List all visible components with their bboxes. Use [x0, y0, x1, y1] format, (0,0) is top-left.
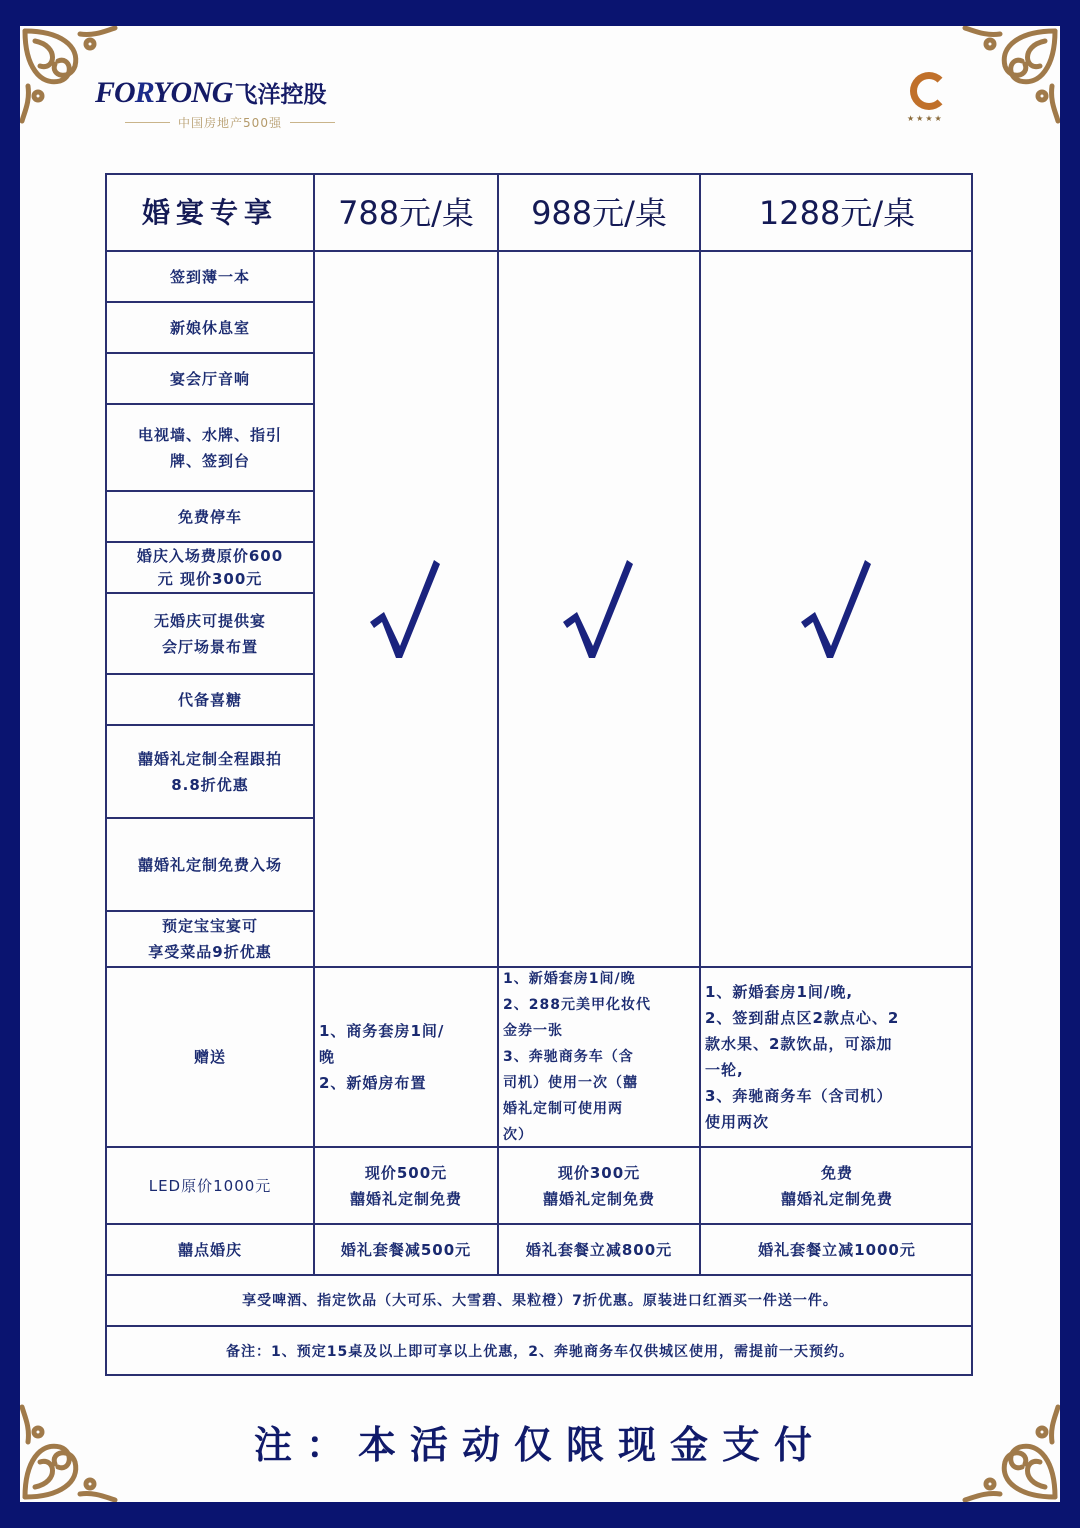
- feature-label-line2: 元 现价300元: [158, 568, 263, 591]
- led-note: 囍婚礼定制免费: [781, 1186, 893, 1212]
- feature-row: 婚庆入场费原价600元 现价300元: [107, 543, 315, 594]
- gift-line: 1、新婚套房1间/晚: [503, 966, 636, 992]
- gift-line: 1、新婚套房1间/晚,: [705, 979, 853, 1005]
- check-icon: [559, 554, 639, 664]
- drinks-note: 享受啤酒、指定饮品（大可乐、大雪碧、果粒橙）7折优惠。原装进口红酒买一件送一件。: [107, 1276, 973, 1327]
- header-price-988: 988元/桌: [499, 175, 701, 252]
- gift-line: 司机）使用一次（囍: [503, 1070, 638, 1096]
- feature-row: 电视墙、水牌、指引牌、签到台: [107, 405, 315, 492]
- feature-label: 电视墙、水牌、指引: [138, 422, 282, 448]
- feature-row: 免费停车: [107, 492, 315, 543]
- feature-label: 宴会厅音响: [170, 366, 250, 392]
- gifts-tier-988: 1、新婚套房1间/晚 2、288元美甲化妆代 金券一张 3、奔驰商务车（含 司机…: [499, 968, 701, 1148]
- wedding-planning-tier-788: 婚礼套餐减500元: [315, 1225, 499, 1276]
- wedding-planning-label: 囍点婚庆: [107, 1225, 315, 1276]
- tier-1288-included-cell: [701, 252, 973, 968]
- led-label: LED原价1000元: [107, 1148, 315, 1225]
- feature-label-line2: 8.8折优惠: [171, 772, 249, 798]
- gift-line: 2、签到甜点区2款点心、2: [705, 1005, 899, 1031]
- foryong-logo: FORYONG 飞洋控股 中国房地产500强: [95, 76, 365, 131]
- feature-row: 代备喜糖: [107, 675, 315, 726]
- hotel-ring-icon: [910, 72, 948, 110]
- led-price: 免费: [821, 1160, 853, 1186]
- check-icon: [797, 554, 877, 664]
- payment-note: 注：本活动仅限现金支付: [20, 1414, 1060, 1469]
- led-note: 囍婚礼定制免费: [350, 1186, 462, 1212]
- feature-row: 新娘休息室: [107, 303, 315, 354]
- header-price-1288: 1288元/桌: [701, 175, 973, 252]
- gift-line: 婚礼定制可使用两: [503, 1096, 623, 1122]
- gift-line: 一轮,: [705, 1057, 744, 1083]
- gift-line: 款水果、2款饮品，可添加: [705, 1031, 892, 1057]
- gift-line: 3、奔驰商务车（含: [503, 1044, 634, 1070]
- brand-en-part2: YONG: [153, 76, 232, 109]
- wedding-planning-tier-1288: 婚礼套餐立减1000元: [701, 1225, 973, 1276]
- feature-label: 无婚庆可提供宴: [154, 608, 266, 634]
- gifts-tier-788: 1、商务套房1间/ 晚 2、新婚房布置: [315, 968, 499, 1148]
- gift-line: 2、288元美甲化妆代: [503, 992, 651, 1018]
- feature-label: 签到薄一本: [170, 264, 250, 290]
- led-tier-788: 现价500元 囍婚礼定制免费: [315, 1148, 499, 1225]
- feature-row: 无婚庆可提供宴会厅场景布置: [107, 594, 315, 675]
- led-tier-1288: 免费 囍婚礼定制免费: [701, 1148, 973, 1225]
- gift-line: 晚: [319, 1044, 335, 1070]
- led-note: 囍婚礼定制免费: [543, 1186, 655, 1212]
- feature-label: 新娘休息室: [170, 315, 250, 341]
- tier-788-included-cell: [315, 252, 499, 968]
- led-price: 现价300元: [558, 1160, 640, 1186]
- gift-line: 1、商务套房1间/: [319, 1018, 444, 1044]
- gift-line: 金券一张: [503, 1018, 563, 1044]
- divider: [290, 122, 335, 123]
- brand-en-part1: FO: [95, 76, 135, 109]
- wedding-planning-tier-988: 婚礼套餐立减800元: [499, 1225, 701, 1276]
- feature-label-line2: 享受菜品9折优惠: [148, 939, 271, 965]
- hotel-logo: ★★★★: [905, 70, 965, 130]
- led-tier-988: 现价300元 囍婚礼定制免费: [499, 1148, 701, 1225]
- corner-ornament-top-right-icon: [960, 26, 1060, 126]
- brand-name-cn: 飞洋控股: [234, 76, 326, 109]
- feature-label: 免费停车: [178, 504, 242, 530]
- check-icon: [366, 554, 446, 664]
- feature-label: 囍婚礼定制全程跟拍: [138, 746, 282, 772]
- feature-label-line2: 会厅场景布置: [162, 634, 258, 660]
- brand-tagline: 中国房地产500强: [178, 114, 282, 131]
- feature-label: 囍婚礼定制免费入场: [138, 852, 282, 878]
- feature-row: 囍婚礼定制免费入场: [107, 819, 315, 912]
- hotel-stars: ★★★★: [907, 114, 944, 123]
- gift-line: 使用两次: [705, 1109, 769, 1135]
- header-label: 婚宴专享: [107, 175, 315, 252]
- led-price: 现价500元: [365, 1160, 447, 1186]
- feature-label-line2: 牌、签到台: [170, 448, 250, 474]
- package-table: 婚宴专享 788元/桌 988元/桌 1288元/桌 签到薄一本 新娘休息室 宴…: [105, 173, 973, 1376]
- feature-label: 预定宝宝宴可: [162, 913, 258, 939]
- brand-name-en: FORYONG: [95, 76, 232, 110]
- header-price-788: 788元/桌: [315, 175, 499, 252]
- feature-row: 签到薄一本: [107, 252, 315, 303]
- feature-label: 代备喜糖: [178, 687, 242, 713]
- flyer-page: FORYONG 飞洋控股 中国房地产500强 ★★★★ 婚宴专享 788元/桌 …: [20, 26, 1060, 1502]
- gifts-tier-1288: 1、新婚套房1间/晚, 2、签到甜点区2款点心、2 款水果、2款饮品，可添加 一…: [701, 968, 973, 1148]
- brand-tagline-row: 中国房地产500强: [95, 114, 365, 131]
- feature-row: 宴会厅音响: [107, 354, 315, 405]
- gift-line: 3、奔驰商务车（含司机）: [705, 1083, 892, 1109]
- gifts-label: 赠送: [107, 968, 315, 1148]
- feature-row: 预定宝宝宴可享受菜品9折优惠: [107, 912, 315, 968]
- brand-en-r: R: [135, 76, 153, 109]
- feature-label: 婚庆入场费原价600: [137, 545, 283, 568]
- feature-row: 囍婚礼定制全程跟拍8.8折优惠: [107, 726, 315, 819]
- gift-line: 次）: [503, 1122, 533, 1148]
- divider: [125, 122, 170, 123]
- remarks-note: 备注：1、预定15桌及以上即可享以上优惠，2、奔驰商务车仅供城区使用，需提前一天…: [107, 1327, 973, 1376]
- gift-line: 2、新婚房布置: [319, 1070, 426, 1096]
- tier-988-included-cell: [499, 252, 701, 968]
